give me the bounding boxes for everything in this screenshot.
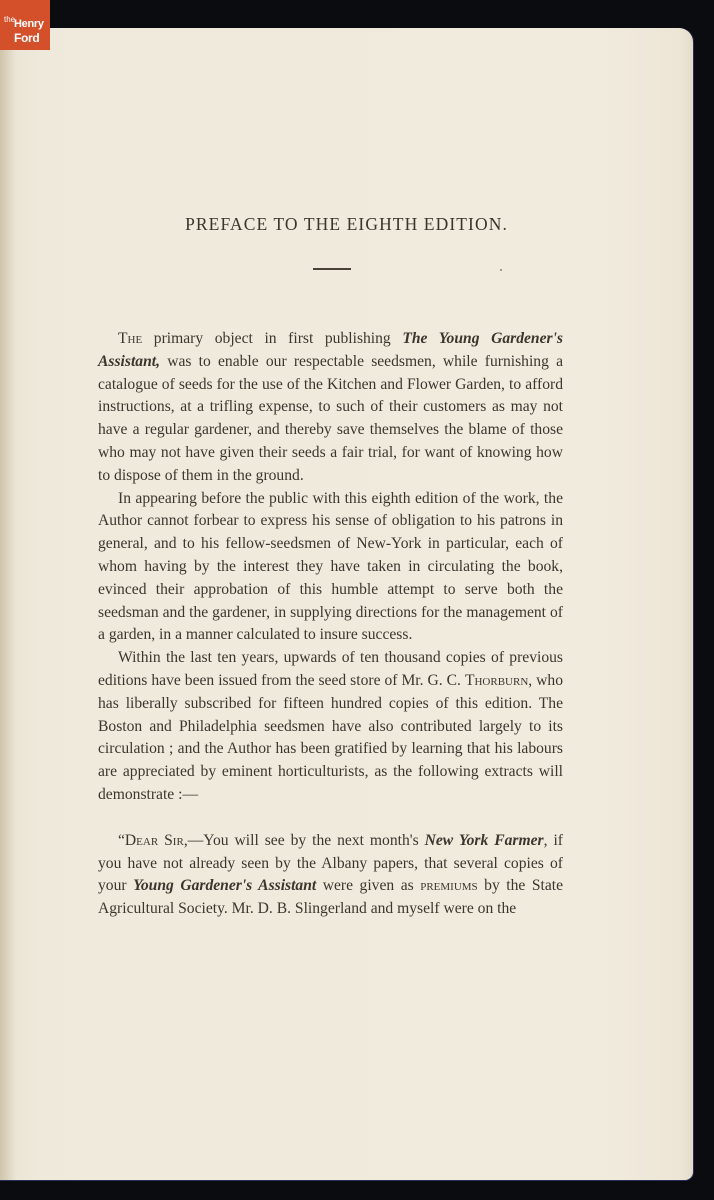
salutation: Dear Sir	[125, 832, 184, 849]
paper-speck	[500, 269, 502, 271]
periodical-title: New York Farmer	[425, 832, 544, 849]
quoted-letter: “Dear Sir,—You will see by the next mont…	[98, 830, 563, 921]
thorburn-name: Thorburn	[465, 672, 528, 689]
preface-body: The primary object in first publishing T…	[98, 328, 563, 921]
henry-ford-logo: the Henry Ford	[0, 0, 50, 50]
paragraph-1: The primary object in first publishing T…	[98, 328, 563, 488]
lead-word: The	[118, 330, 142, 347]
paragraph-3: Within the last ten years, upwards of te…	[98, 647, 563, 807]
book-page: PREFACE TO THE EIGHTH EDITION. The prima…	[0, 28, 693, 1180]
paragraph-2: In appearing before the public with this…	[98, 488, 563, 648]
title-divider	[313, 268, 351, 270]
premiums-word: premiums	[420, 877, 477, 894]
page-gutter-shadow	[0, 28, 16, 1180]
page-title: PREFACE TO THE EIGHTH EDITION.	[0, 214, 693, 235]
book-title-ref: Young Gardener's Assistant	[133, 877, 316, 894]
